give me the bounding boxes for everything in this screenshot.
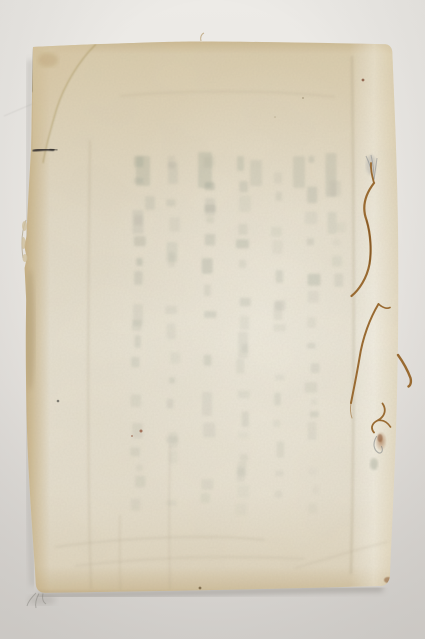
torn-fleck [22,237,26,249]
book-photo-canvas [0,0,425,639]
page-surface [20,38,425,598]
photo-of-antique-book [0,0,425,639]
ink-dash-mark [34,149,57,151]
torn-fleck [23,254,28,262]
torn-fleck [22,221,27,231]
paper-grain-texture [20,38,402,598]
